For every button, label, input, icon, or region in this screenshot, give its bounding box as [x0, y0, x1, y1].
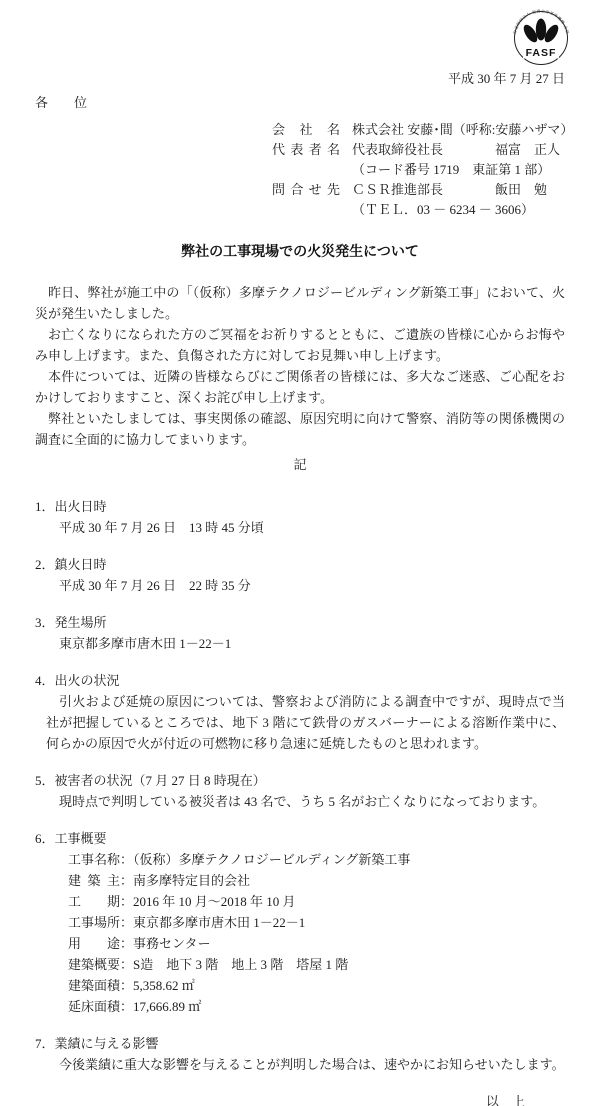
detail-floor-area: 延床面積：17,666.89 ㎡: [68, 996, 565, 1017]
detail-building-area: 建築面積：5,358.62 ㎡: [68, 975, 565, 996]
section-body: 東京都多摩市唐木田 1－22－1: [46, 633, 565, 654]
detail-colon: ：: [120, 915, 133, 930]
section-body: 引火および延焼の原因については、警察および消防による調査中ですが、現時点で当社が…: [46, 691, 565, 754]
body-paragraphs: 昨日、弊社が施工中の「（仮称）多摩テクノロジービルディング新築工事」において、火…: [35, 282, 565, 450]
detail-value: （仮称）多摩テクノロジービルディング新築工事: [133, 852, 410, 867]
section-project-overview: 6．工事概要 工事名称：（仮称）多摩テクノロジービルディング新築工事 建築主：南…: [35, 828, 565, 1017]
contact-value: ＣＳＲ推進部長 飯田 勉: [352, 182, 547, 197]
section-body: 平成 30 年 7 月 26 日 13 時 45 分頃: [46, 517, 565, 538]
sections-list: 1．出火日時 平成 30 年 7 月 26 日 13 時 45 分頃 2．鎮火日…: [35, 496, 565, 1075]
section-fire-circumstances: 4．出火の状況 引火および延焼の原因については、警察および消防による調査中ですが…: [35, 670, 565, 754]
detail-label: 建築概要: [68, 954, 120, 975]
detail-label: 用途: [68, 933, 120, 954]
leaf-marks-icon: [521, 19, 561, 45]
detail-project-name: 工事名称：（仮称）多摩テクノロジービルディング新築工事: [68, 849, 565, 870]
detail-label: 建築主: [68, 870, 120, 891]
press-release-page: 公益財団法人 財務会計基準機構 会員 FASF 平成 30 年 7 月 27 日…: [0, 0, 600, 1106]
fasf-acronym: FASF: [526, 47, 557, 59]
detail-structure: 建築概要：S造 地下 3 階 地上 3 階 塔屋 1 階: [68, 954, 565, 975]
detail-value: 東京都多摩市唐木田 1－22－1: [133, 915, 305, 930]
paragraph: 昨日、弊社が施工中の「（仮称）多摩テクノロジービルディング新築工事」において、火…: [35, 282, 565, 324]
detail-owner: 建築主：南多摩特定目的会社: [68, 870, 565, 891]
section-heading: 2．鎮火日時: [35, 554, 565, 575]
addressee: 各 位: [35, 94, 565, 112]
representative-label: 代表者名: [272, 140, 340, 160]
detail-value: 事務センター: [133, 936, 210, 951]
stock-code-row: （コード番号 1719 東証第 1 部）: [272, 160, 565, 180]
detail-label: 工事場所: [68, 912, 120, 933]
company-name-value: 株式会社 安藤･間（呼称:安藤ハザマ）: [352, 122, 573, 137]
section-heading: 5．被害者の状況（7 月 27 日 8 時現在）: [35, 770, 565, 791]
representative-row: 代表者名代表取締役社長 福富 正人: [272, 140, 565, 160]
phone-row: （ＴＥＬ．03 － 6234 － 3606）: [272, 200, 565, 220]
section-body: 現時点で判明している被災者は 43 名で、うち 5 名がお亡くなりになっておりま…: [46, 791, 565, 812]
section-body: 今後業績に重大な影響を与えることが判明した場合は、速やかにお知らせいたします。: [46, 1054, 565, 1075]
detail-colon: ：: [120, 894, 133, 909]
section-casualties: 5．被害者の状況（7 月 27 日 8 時現在） 現時点で判明している被災者は …: [35, 770, 565, 812]
section-heading: 6．工事概要: [35, 828, 565, 849]
contact-row: 問合せ先ＣＳＲ推進部長 飯田 勉: [272, 180, 565, 200]
fasf-seal: 公益財団法人 財務会計基準機構 会員 FASF: [506, 7, 576, 69]
detail-colon: ：: [120, 873, 133, 888]
document-date: 平成 30 年 7 月 27 日: [35, 0, 565, 88]
contact-label: 問合せ先: [272, 180, 340, 200]
section-business-impact: 7．業績に与える影響 今後業績に重大な影響を与えることが判明した場合は、速やかに…: [35, 1033, 565, 1075]
detail-value: 2016 年 10 月～2018 年 10 月: [133, 894, 296, 909]
detail-value: S造 地下 3 階 地上 3 階 塔屋 1 階: [133, 957, 348, 972]
closing-mark: 以 上: [35, 1091, 565, 1106]
section-extinguished: 2．鎮火日時 平成 30 年 7 月 26 日 22 時 35 分: [35, 554, 565, 596]
detail-colon: ：: [120, 852, 133, 867]
company-name-row: 会社名株式会社 安藤･間（呼称:安藤ハザマ）: [272, 120, 565, 140]
detail-label: 工期: [68, 891, 120, 912]
detail-label: 建築面積: [68, 975, 120, 996]
section-location: 3．発生場所 東京都多摩市唐木田 1－22－1: [35, 612, 565, 654]
phone-value: （ＴＥＬ．03 － 6234 － 3606）: [352, 202, 534, 217]
paragraph: 本件については、近隣の皆様ならびにご関係者の皆様には、多大なご迷惑、ご心配をおか…: [35, 366, 565, 408]
paragraph: 弊社といたしましては、事実関係の確認、原因究明に向けて警察、消防等の関係機関の調…: [35, 408, 565, 450]
detail-period: 工期：2016 年 10 月～2018 年 10 月: [68, 891, 565, 912]
section-heading: 3．発生場所: [35, 612, 565, 633]
detail-value: 17,666.89 ㎡: [133, 999, 201, 1014]
company-info-block: 会社名株式会社 安藤･間（呼称:安藤ハザマ） 代表者名代表取締役社長 福富 正人…: [272, 120, 565, 220]
project-details: 工事名称：（仮称）多摩テクノロジービルディング新築工事 建築主：南多摩特定目的会…: [68, 849, 565, 1017]
detail-site: 工事場所：東京都多摩市唐木田 1－22－1: [68, 912, 565, 933]
detail-colon: ：: [120, 957, 133, 972]
detail-colon: ：: [120, 978, 133, 993]
detail-label: 工事名称: [68, 849, 120, 870]
document-title: 弊社の工事現場での火災発生について: [35, 242, 565, 260]
detail-value: 5,358.62 ㎡: [133, 978, 195, 993]
representative-value: 代表取締役社長 福富 正人: [352, 142, 560, 157]
company-name-label: 会社名: [272, 120, 340, 140]
paragraph: お亡くなりになられた方のご冥福をお祈りするとともに、ご遺族の皆様に心からお悔やみ…: [35, 324, 565, 366]
detail-label: 延床面積: [68, 996, 120, 1017]
section-heading: 4．出火の状況: [35, 670, 565, 691]
detail-use: 用途：事務センター: [68, 933, 565, 954]
section-body: 平成 30 年 7 月 26 日 22 時 35 分: [46, 575, 565, 596]
detail-value: 南多摩特定目的会社: [133, 873, 250, 888]
section-heading: 7．業績に与える影響: [35, 1033, 565, 1054]
stock-code-value: （コード番号 1719 東証第 1 部）: [352, 162, 550, 177]
detail-colon: ：: [120, 936, 133, 951]
detail-colon: ：: [120, 999, 133, 1014]
section-fire-start: 1．出火日時 平成 30 年 7 月 26 日 13 時 45 分頃: [35, 496, 565, 538]
section-heading: 1．出火日時: [35, 496, 565, 517]
record-mark: 記: [35, 456, 565, 474]
